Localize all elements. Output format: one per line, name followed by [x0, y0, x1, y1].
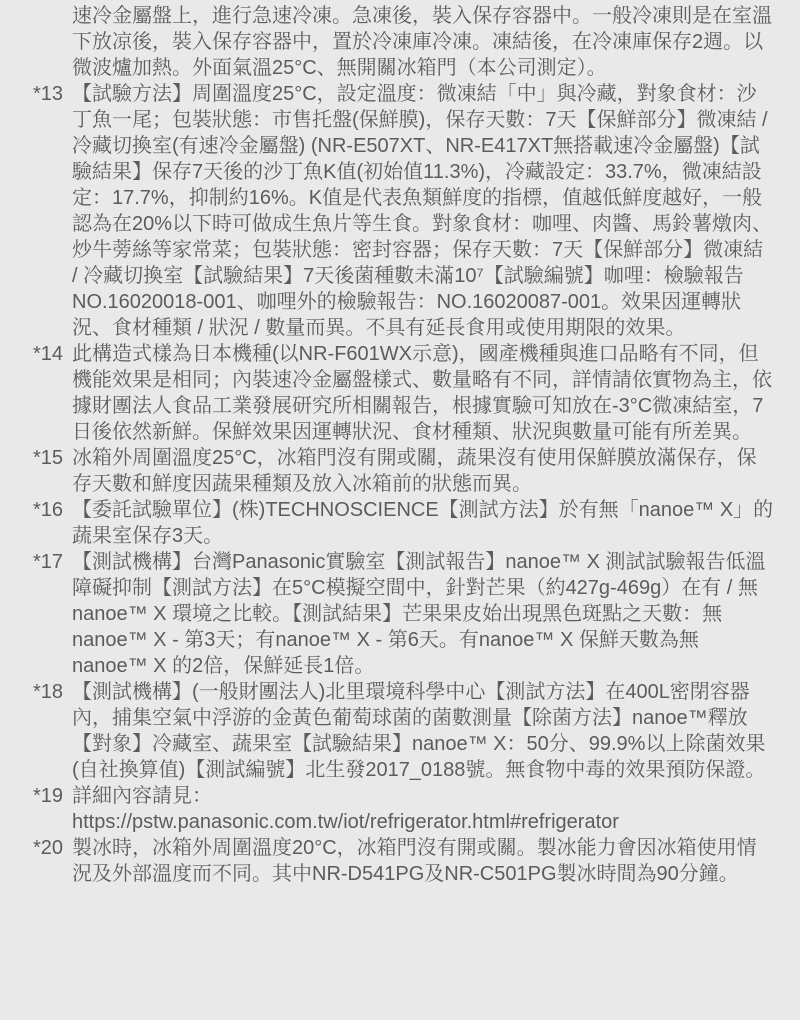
- footnote-13: *13 【試驗方法】周圍溫度25°C，設定溫度：微凍結「中」與冷藏，對象食材：沙…: [33, 81, 774, 341]
- footnote-text: 【測試機構】(一般財團法人)北里環境科學中心【測試方法】在400L密閉容器內，捕…: [72, 679, 774, 783]
- footnote-marker: *16: [33, 497, 72, 523]
- footnote-text: 詳細內容請見：: [72, 785, 212, 807]
- disclaimer-footnotes-page: 速冷金屬盤上，進行急速冷凍。急凍後，裝入保存容器中。一般冷凍則是在室溫下放凉後，…: [0, 0, 800, 887]
- footnote-17: *17 【測試機構】台灣Panasonic實驗室【測試報告】nanoe™ X 測…: [33, 549, 774, 679]
- footnote-14: *14 此構造式樣為日本機種(以NR-F601WX示意)，國產機種與進口品略有不…: [33, 341, 774, 445]
- footnote-text: 【委託試驗單位】(株)TECHNOSCIENCE【測試方法】於有無「nanoe™…: [72, 497, 774, 549]
- footnote-16: *16 【委託試驗單位】(株)TECHNOSCIENCE【測試方法】於有無「na…: [33, 497, 774, 549]
- footnote-15: *15 冰箱外周圍溫度25°C，冰箱門沒有開或關，蔬果沒有使用保鮮膜放滿保存，保…: [33, 445, 774, 497]
- footnote-marker: *15: [33, 445, 72, 471]
- footnote-marker: *17: [33, 549, 72, 575]
- footnote-text: 此構造式樣為日本機種(以NR-F601WX示意)，國產機種與進口品略有不同，但機…: [72, 341, 774, 445]
- footnote-body: 詳細內容請見： https://pstw.panasonic.com.tw/io…: [72, 783, 774, 835]
- footnote-marker: *14: [33, 341, 72, 367]
- refrigerator-details-link[interactable]: https://pstw.panasonic.com.tw/iot/refrig…: [72, 809, 774, 835]
- footnote-19: *19 詳細內容請見： https://pstw.panasonic.com.t…: [33, 783, 774, 835]
- footnote-text: 【測試機構】台灣Panasonic實驗室【測試報告】nanoe™ X 測試試驗報…: [72, 549, 774, 679]
- footnote-20: *20 製冰時，冰箱外周圍溫度20°C，冰箱門沒有開或關。製冰能力會因冰箱使用情…: [33, 835, 774, 887]
- footnote-marker: *20: [33, 835, 72, 861]
- footnote-text: 冰箱外周圍溫度25°C，冰箱門沒有開或關，蔬果沒有使用保鮮膜放滿保存，保存天數和…: [72, 445, 774, 497]
- footnote-marker: *18: [33, 679, 72, 705]
- footnote-text: 【試驗方法】周圍溫度25°C，設定溫度：微凍結「中」與冷藏，對象食材：沙丁魚一尾…: [72, 81, 774, 341]
- footnote-18: *18 【測試機構】(一般財團法人)北里環境科學中心【測試方法】在400L密閉容…: [33, 679, 774, 783]
- footnote-marker: *13: [33, 81, 72, 107]
- footnote-marker: *19: [33, 783, 72, 809]
- footnote-text: 製冰時，冰箱外周圍溫度20°C，冰箱門沒有開或關。製冰能力會因冰箱使用情況及外部…: [72, 835, 774, 887]
- intro-paragraph: 速冷金屬盤上，進行急速冷凍。急凍後，裝入保存容器中。一般冷凍則是在室溫下放凉後，…: [72, 3, 774, 81]
